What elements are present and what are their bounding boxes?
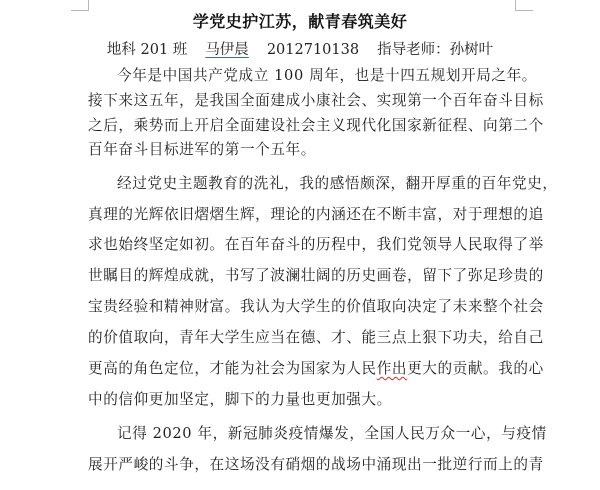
paragraph-1-line-2: 接下来这五年，是我国全面建成小康社会、实现第一个百年奋斗目标 [88, 91, 518, 111]
paragraph-2-line-8: 中的信仰更加坚定，脚下的力量也更加强大。 [88, 390, 518, 410]
byline-advisor: 指导老师：孙树叶 [377, 42, 493, 58]
line-text-before: 更高的角色定位，才能为社会为国家为人民 [88, 360, 377, 377]
line-text-after: 更大的贡献。我的心 [407, 360, 544, 377]
paragraph-3-line-1: 记得 2020 年，新冠肺炎疫情爆发，全国人民万众一心，与疫情 [117, 424, 517, 444]
byline-author-name: 马伊晨 [205, 42, 249, 58]
paragraph-1-line-1: 今年是中国共产党成立 100 周年，也是十四五规划开局之年。 [117, 66, 517, 86]
document-page[interactable]: 学党史护江苏，献青春筑美好 地科 201 班马伊晨2012710138指导老师：… [0, 0, 600, 490]
spellcheck-flagged-word[interactable]: 作出 [377, 360, 407, 377]
document-title: 学党史护江苏，献青春筑美好 [0, 9, 600, 32]
paragraph-2-line-3: 求也始终坚定如初。在百年奋斗的历程中，我们党领导人民取得了举 [88, 235, 518, 255]
byline: 地科 201 班马伊晨2012710138指导老师：孙树叶 [0, 38, 600, 59]
paragraph-2-line-7: 更高的角色定位，才能为社会为国家为人民作出更大的贡献。我的心 [88, 359, 518, 379]
paragraph-2-line-4: 世瞩目的辉煌成就，书写了波澜壮阔的历史画卷，留下了弥足珍贵的 [88, 266, 518, 286]
paragraph-2-line-6: 的价值取向，青年大学生应当在德、才、能三点上狠下功夫，给自己 [88, 328, 518, 348]
paragraph-3-line-2: 展开严峻的斗争，在这场没有硝烟的战场中涌现出一批逆行而上的青 [88, 455, 518, 475]
paragraph-2-line-2: 真理的光辉依旧熠熠生辉，理论的内涵还在不断丰富，对于理想的追 [88, 205, 518, 225]
byline-class: 地科 201 班 [107, 42, 187, 58]
paragraph-1-line-3: 之后，乘势而上开启全面建设社会主义现代化国家新征程、向第二个 [88, 116, 518, 136]
paragraph-1-line-4: 百年奋斗目标进军的第一个五年。 [88, 140, 518, 160]
byline-student-id: 2012710138 [267, 42, 359, 58]
paragraph-2-line-5: 宝贵经验和精神财富。我认为大学生的价值取向决定了未来整个社会 [88, 297, 518, 317]
paragraph-2-line-1: 经过党史主题教育的洗礼，我的感悟颇深，翻开厚重的百年党史， [117, 174, 517, 194]
